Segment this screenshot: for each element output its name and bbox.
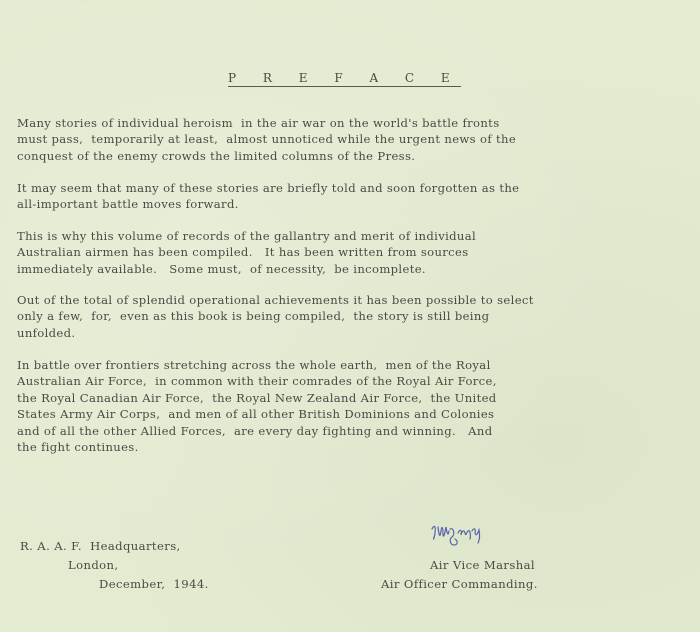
paragraph-line: States Army Air Corps, and men of all ot… (17, 406, 497, 422)
paragraph-line: Australian Air Force, in common with the… (17, 373, 497, 389)
paragraph-line: unfolded. (17, 325, 534, 341)
paragraph-line: and of all the other Allied Forces, are … (17, 423, 497, 439)
paragraph-line: only a few, for, even as this book is be… (17, 308, 534, 324)
paragraph-line: Out of the total of splendid operational… (17, 292, 534, 308)
page-title: P R E F A C E (228, 71, 461, 87)
paragraph-line: conquest of the enemy crowds the limited… (17, 148, 516, 164)
paragraph-line: Many stories of individual heroism in th… (17, 115, 516, 131)
paragraph-5: In battle over frontiers stretching acro… (17, 357, 497, 455)
location-line: London, (68, 557, 119, 574)
paragraph-line: the fight continues. (17, 439, 497, 455)
paragraph-1: Many stories of individual heroism in th… (17, 115, 516, 164)
rank-line: Air Vice Marshal (430, 557, 535, 574)
document-page: P R E F A C E Many stories of individual… (0, 0, 700, 632)
paragraph-line: Australian airmen has been compiled. It … (17, 244, 476, 260)
paragraph-4: Out of the total of splendid operational… (17, 292, 534, 341)
paragraph-line: all-important battle moves forward. (17, 196, 519, 212)
paragraph-line: This is why this volume of records of th… (17, 228, 476, 244)
title-line: Air Officer Commanding. (381, 576, 538, 593)
signature-icon (428, 521, 488, 551)
headquarters-line: R. A. A. F. Headquarters, (20, 538, 181, 555)
paragraph-3: This is why this volume of records of th… (17, 228, 476, 277)
paragraph-2: It may seem that many of these stories a… (17, 180, 519, 213)
date-line: December, 1944. (99, 576, 209, 593)
paragraph-line: the Royal Canadian Air Force, the Royal … (17, 390, 497, 406)
paragraph-line: It may seem that many of these stories a… (17, 180, 519, 196)
paragraph-line: must pass, temporarily at least, almost … (17, 131, 516, 147)
paragraph-line: In battle over frontiers stretching acro… (17, 357, 497, 373)
paragraph-line: immediately available. Some must, of nec… (17, 261, 476, 277)
